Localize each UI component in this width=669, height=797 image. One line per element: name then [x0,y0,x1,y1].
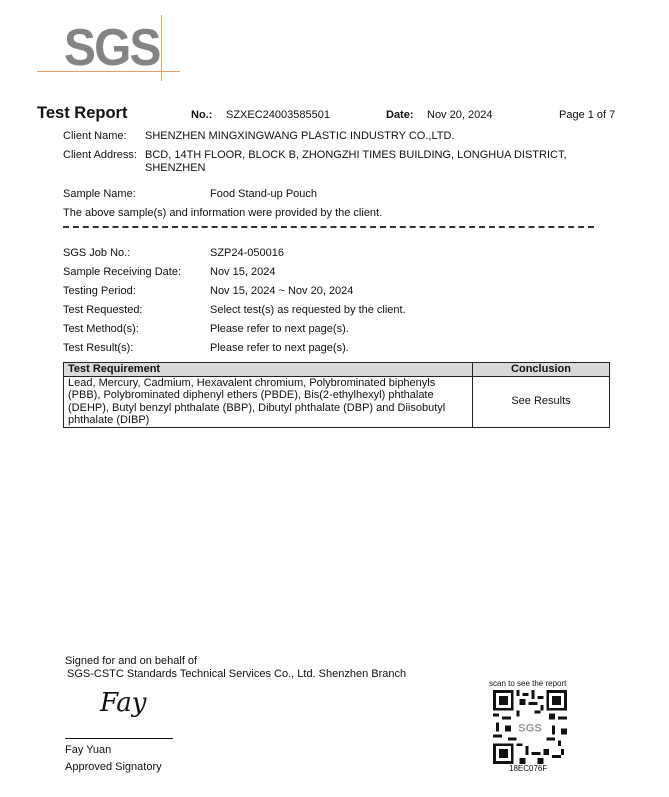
signed-on-behalf: Signed for and on behalf of [65,655,197,667]
requirement-line: (DEHP), Butyl benzyl phthalate (BBP), Di… [68,402,468,415]
sample-name-label: Sample Name: [63,188,136,200]
logo-horizontal-line [37,71,180,72]
detail-value: Please refer to next page(s). [210,323,349,335]
date-value: Nov 20, 2024 [427,109,492,121]
dashed-divider [63,226,594,228]
logo-vertical-line [161,15,162,81]
sample-note: The above sample(s) and information were… [63,207,382,219]
detail-label: Test Result(s): [63,342,133,354]
client-address-label: Client Address: [63,149,137,161]
detail-label: Sample Receiving Date: [63,266,181,278]
table-header-row: Test Requirement Conclusion [64,363,610,377]
qr-caption: scan to see the report [489,679,566,688]
conclusion-cell: See Results [473,376,610,427]
detail-label: Test Method(s): [63,323,139,335]
signature-line [65,738,173,739]
detail-value: Nov 15, 2024 [210,266,275,278]
company-name: SGS-CSTC Standards Technical Services Co… [67,668,406,680]
requirement-line: phthalate (DIBP) [68,414,468,427]
requirement-line: (PBB), Polybrominated diphenyl ethers (P… [68,389,468,402]
header-conclusion: Conclusion [473,363,610,377]
client-address-line1: BCD, 14TH FLOOR, BLOCK B, ZHONGZHI TIMES… [145,149,567,161]
detail-label: SGS Job No.: [63,247,130,259]
report-no-label: No.: [191,109,212,121]
detail-value: SZP24-050016 [210,247,284,259]
detail-value: Nov 15, 2024 ~ Nov 20, 2024 [210,285,353,297]
sample-name-value: Food Stand-up Pouch [210,188,317,200]
test-requirements-table: Test Requirement Conclusion Lead, Mercur… [63,362,610,428]
qr-code-icon[interactable]: SGS [492,690,568,764]
client-name-label: Client Name: [63,130,127,142]
sgs-logo: SGS [64,18,160,78]
detail-label: Testing Period: [63,285,136,297]
signature-handwriting: Fay [100,688,146,718]
date-label: Date: [386,109,414,121]
detail-value: Please refer to next page(s). [210,342,349,354]
client-address-line2: SHENZHEN [145,162,206,174]
signatory-name: Fay Yuan [65,744,111,756]
detail-value: Select test(s) as requested by the clien… [210,304,406,316]
svg-text:SGS: SGS [518,722,542,734]
qr-code-text: 18EC076F [509,764,547,773]
client-name-value: SHENZHEN MINGXINGWANG PLASTIC INDUSTRY C… [145,130,454,142]
detail-label: Test Requested: [63,304,143,316]
report-title: Test Report [37,104,127,123]
page-number: Page 1 of 7 [559,109,615,121]
requirement-line: Lead, Mercury, Cadmium, Hexavalent chrom… [68,377,468,390]
table-row: Lead, Mercury, Cadmium, Hexavalent chrom… [64,376,610,427]
signatory-title: Approved Signatory [65,761,162,773]
requirement-cell: Lead, Mercury, Cadmium, Hexavalent chrom… [64,376,473,427]
header-test-requirement: Test Requirement [64,363,473,377]
report-no-value: SZXEC24003585501 [226,109,330,121]
